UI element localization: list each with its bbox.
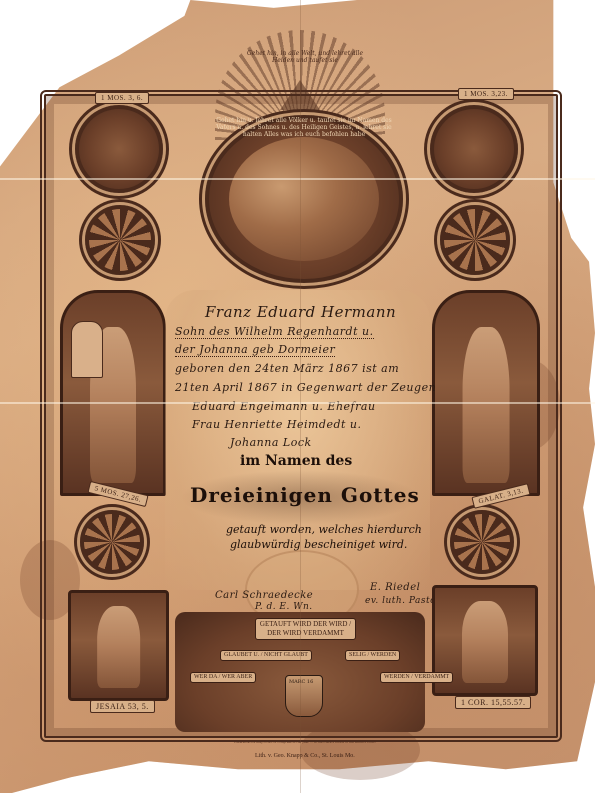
scroll-right-lower: WERDEN / VERDAMMT xyxy=(380,672,453,683)
scripture-banner-top-right: 1 MOS. 3,23. xyxy=(458,88,514,100)
scripture-banner-bottom-right: 1 COR. 15,55.57. xyxy=(455,696,531,709)
rosette-ornament-icon xyxy=(440,205,510,275)
witness-2: Frau Henriette Heimdedt u. xyxy=(192,418,362,431)
fold-crease xyxy=(0,178,595,180)
signature-left-1: Carl Schraedecke xyxy=(215,590,313,601)
commandment-tablets-icon xyxy=(71,321,103,378)
dreieinigen-gottes-heading: Dreieinigen Gottes xyxy=(190,483,420,507)
fold-crease xyxy=(0,402,595,404)
crucifix-figure xyxy=(97,606,141,688)
printed-line-2: glaubwürdig bescheiniget wird. xyxy=(230,538,407,551)
parent-mother-line: der Johanna geb Dormeier xyxy=(175,343,335,357)
rosette-ornament-icon xyxy=(85,205,155,275)
birth-day: 24ten xyxy=(255,362,290,375)
font-label: MARC 16 xyxy=(289,679,313,685)
prophet-figure xyxy=(463,327,510,483)
signature-right-1: E. Riedel xyxy=(370,582,420,593)
baptism-of-christ-medallion: Gehet hin u. lehret alle Völker u. taufe… xyxy=(205,115,403,283)
baptism-suffix: in Gegenwart der Zeugen xyxy=(281,381,436,394)
copyright-line: Entered according to Act of Congress in … xyxy=(215,740,395,744)
baptism-month: April xyxy=(214,381,244,394)
birth-prefix: geboren den xyxy=(175,362,251,375)
prophet-panel xyxy=(432,290,540,496)
scroll-left-upper: GLAUBET U. / NICHT GLAUBT xyxy=(220,650,312,661)
parent-father-line: Sohn des Wilhelm Regenhardt u. xyxy=(175,325,374,339)
glory-inscription: Gehet hin, in alle Welt, und lehret alle… xyxy=(240,50,370,64)
birth-year: 1867 xyxy=(328,362,358,375)
birth-date-line: geboren den 24ten März 1867 ist am xyxy=(175,362,399,375)
signature-right-2: ev. luth. Pastor xyxy=(365,596,441,606)
im-namen-des-heading: im Namen des xyxy=(240,453,352,469)
publisher-imprint: Lith. v. Geo. Knapp & Co., St. Louis Mo. xyxy=(255,753,355,759)
printed-line-1: getauft worden, welches hierdurch xyxy=(226,523,422,536)
birth-suffix: ist am xyxy=(362,362,399,375)
scroll-left-lower: WER DA / WER ABER xyxy=(190,672,256,683)
baptism-date-line: 21ten April 1867 in Gegenwart der Zeugen xyxy=(175,381,436,394)
scroll-center-text: GETAUFT WIRD DER WIRD / DER WIRD VERDAMM… xyxy=(255,618,356,640)
scripture-banner-bottom-left: JESAIA 53, 5. xyxy=(90,700,155,713)
flower-ornament-icon xyxy=(80,510,144,574)
medallion-ring-inscription: Gehet hin u. lehret alle Völker u. taufe… xyxy=(209,117,399,138)
scroll-right-upper: SELIG / WERDEN xyxy=(345,650,400,661)
baptism-scene-image xyxy=(229,137,379,261)
flower-ornament-icon xyxy=(450,510,514,574)
signature-left-2: P. d. E. Wn. xyxy=(255,602,313,612)
baptism-year: 1867 xyxy=(247,381,277,394)
isaiah-panel xyxy=(68,590,169,701)
birth-month: März xyxy=(293,362,324,375)
fold-crease xyxy=(300,0,301,793)
moses-panel xyxy=(60,290,166,496)
risen-christ-figure xyxy=(462,601,508,683)
scripture-banner-top-left: 1 MOS. 3, 6. xyxy=(95,92,149,104)
baptism-day: 21ten xyxy=(175,381,210,394)
